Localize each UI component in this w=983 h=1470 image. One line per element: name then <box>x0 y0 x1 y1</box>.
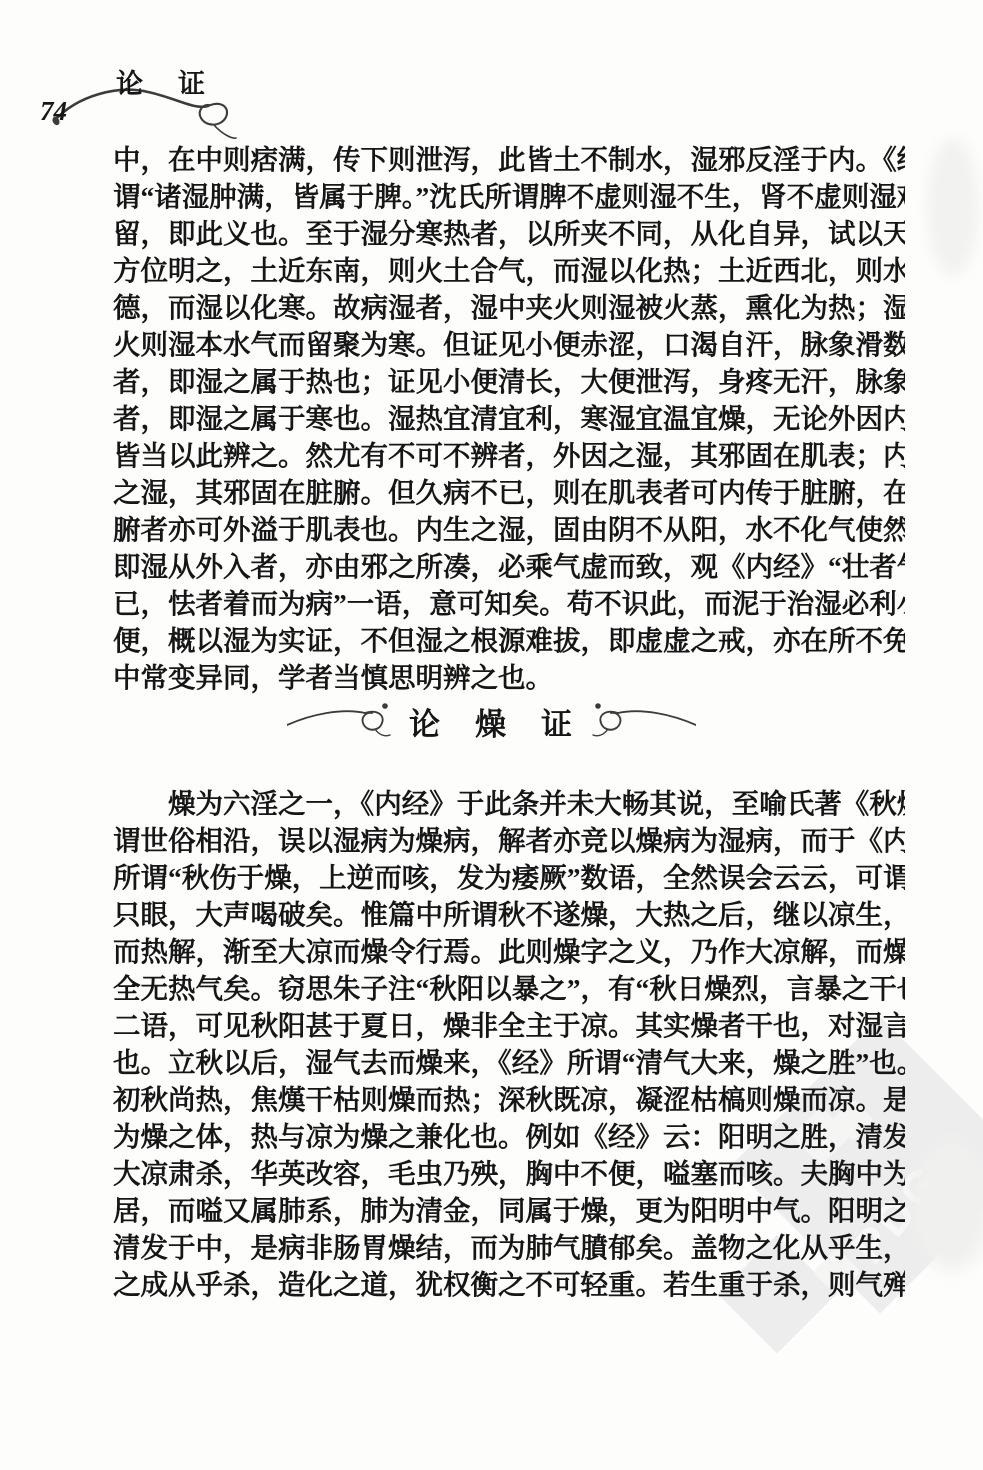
text-line: 之成从乎杀，造化之道，犹权衡之不可轻重。若生重于杀，则气殚散 <box>113 1266 905 1303</box>
text-line: 清发于中，是病非肠胃燥结，而为肺气膹郁矣。盖物之化从乎生，物 <box>113 1229 905 1266</box>
text-line: 之湿，其邪固在脏腑。但久病不已，则在肌表者可内传于脏腑，在脏 <box>113 474 905 511</box>
text-line: 方位明之，土近东南，则火土合气，而湿以化热；土近西北，则水土合 <box>113 252 905 289</box>
text-line: 中，在中则痞满，传下则泄泻，此皆土不制水，湿邪反淫于内。《经》所 <box>113 141 905 178</box>
text-line: 所谓“秋伤于燥，上逆而咳，发为痿厥”数语，全然误会云云，可谓独具 <box>113 859 905 896</box>
text-line: 而热解，渐至大凉而燥令行焉。此则燥字之义，乃作大凉解，而燥中 <box>113 933 905 970</box>
text-line: 便，概以湿为实证，不但湿之根源难拔，即虚虚之戒，亦在所不免，此 <box>113 622 905 659</box>
text-line: 也。立秋以后，湿气去而燥来，《经》所谓“清气大来，燥之胜”也。但 <box>113 1044 905 1081</box>
text-line: 即湿从外入者，亦由邪之所凑，必乘气虚而致，观《内经》“壮者气行则 <box>113 548 905 585</box>
text-line: 大凉肃杀，华英改容，毛虫乃殃，胸中不便，嗌塞而咳。夫胸中为肺所 <box>113 1155 905 1192</box>
running-head-title: 论 证 <box>116 62 209 101</box>
text-line: 初秋尚热，焦熯干枯则燥而热；深秋既凉，凝涩枯槁则燥而凉。是干 <box>113 1081 905 1118</box>
text-line: 留，即此义也。至于湿分寒热者，以所夹不同，从化自异，试以天地之 <box>113 215 905 252</box>
section-paragraph: 燥为六淫之一，《内经》于此条并未大畅其说，至喻氏著《秋燥论》 谓世俗相沿，误以湿… <box>113 785 905 1303</box>
text-line: 居，而嗌又属肺系，肺为清金，同属于燥，更为阳明中气。阳明之胜， <box>113 1192 905 1229</box>
section-heading: 论 燥 证 <box>0 698 983 744</box>
page-number: 74 <box>40 96 67 127</box>
scan-smudge <box>912 1140 983 1270</box>
text-line: 皆当以此辨之。然尤有不可不辨者，外因之湿，其邪固在肌表；内因 <box>113 437 905 474</box>
title-flourish-right <box>590 698 696 744</box>
text-line: 谓世俗相沿，误以湿病为燥病，解者亦竞以燥病为湿病，而于《内经》 <box>113 822 905 859</box>
text-line: 谓“诸湿肿满，皆属于脾。”沈氏所谓脾不虚则湿不生，肾不虚则湿难 <box>113 178 905 215</box>
section-title: 论 燥 证 <box>409 699 574 744</box>
text-line: 者，即湿之属于热也；证见小便清长，大便泄泻，身疼无汗，脉象细迟 <box>113 363 905 400</box>
title-flourish-left <box>287 698 393 744</box>
text-line: 德，而湿以化寒。故病湿者，湿中夹火则湿被火蒸，熏化为热；湿中无 <box>113 289 905 326</box>
text-line: 全无热气矣。窃思朱子注“秋阳以暴之”，有“秋日燥烈，言暴之干也” <box>113 970 905 1007</box>
text-line: 已，怯者着而为病”一语，意可知矣。苟不识此，而泥于治湿必利小 <box>113 585 905 622</box>
text-line: 燥为六淫之一，《内经》于此条并未大畅其说，至喻氏著《秋燥论》 <box>113 785 905 822</box>
text-line: 火则湿本水气而留聚为寒。但证见小便赤涩，口渴自汗，脉象滑数 <box>113 326 905 363</box>
paragraph-continued: 中，在中则痞满，传下则泄泻，此皆土不制水，湿邪反淫于内。《经》所 谓“诸湿肿满，… <box>113 141 905 696</box>
scanned-book-page: PDG 74 论 证 中，在中则痞满，传下则泄泻，此皆土不制水，湿邪反淫于内。《… <box>0 0 983 1470</box>
text-line: 为燥之体，热与凉为燥之兼化也。例如《经》云：阳明之胜，清发于中， <box>113 1118 905 1155</box>
text-line: 者，即湿之属于寒也。湿热宜清宜利，寒湿宜温宜燥，无论外因内因， <box>113 400 905 437</box>
text-line: 腑者亦可外溢于肌表也。内生之湿，固由阴不从阳，水不化气使然， <box>113 511 905 548</box>
text-line: 中常变异同，学者当慎思明辨之也。 <box>113 659 905 696</box>
scan-smudge <box>927 138 979 276</box>
text-line: 二语，可见秋阳甚于夏日，燥非全主于凉。其实燥者干也，对湿言之 <box>113 1007 905 1044</box>
text-line: 只眼，大声喝破矣。惟篇中所谓秋不遂燥，大热之后，继以凉生，凉生 <box>113 896 905 933</box>
